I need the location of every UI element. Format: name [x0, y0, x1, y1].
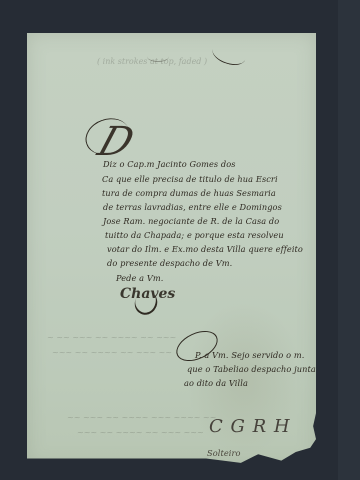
body-line-3: tura de compra dumas de huas Sesmaria	[102, 188, 276, 198]
monogram-signature: C G R H	[209, 416, 291, 437]
body-line-4: de terras lavradias, entre elle e Doming…	[103, 202, 282, 212]
bleed-through-text: ~~~ ~~ ~~~~ ~~ ~~~ ~~	[52, 348, 172, 357]
body-line-2: Ca que elle precisa de titulo de hua Esc…	[102, 174, 278, 184]
dispatch-line-2: que o Tabeliao despacho juntas	[187, 364, 320, 374]
bleed-through-text: ~ ~~ ~~~ ~~ ~~~~ ~~ ~~~	[47, 333, 176, 342]
body-line-6: tuitto da Chapada; e porque esta resolve…	[105, 230, 284, 240]
corner-mark: Nº	[298, 452, 307, 460]
body-line-8: do presente despacho de Vm.	[107, 258, 232, 268]
bleed-through-text: ~~~ ~~ ~~~~ ~~ ~~~ ~~~	[77, 428, 204, 437]
header-flourish	[210, 40, 248, 69]
body-line-5: Jose Ram. negociante de R. de la Casa do	[103, 216, 279, 226]
bleed-through-text: ~~ ~~~ ~~ ~~~~ ~~~ ~~~~ ~~	[67, 413, 216, 422]
header-flourish-faint	[147, 51, 169, 62]
body-line-1: Diz o Cap.m Jacinto Gomes dos	[103, 159, 236, 169]
background-strip	[338, 0, 360, 480]
manuscript-page: ( ink strokes at top, faded ) D Diz o Ca…	[27, 33, 316, 465]
footer-text: Solteiro	[207, 448, 241, 458]
dispatch-line-1: P. a Vm. Sejo servido o m.	[195, 350, 304, 360]
closing-line: Pede a Vm.	[116, 273, 163, 283]
dispatch-line-3: ao dito da Villa	[184, 378, 248, 388]
body-line-7: votar do Ilm. e Ex.mo desta Villa quere …	[107, 244, 303, 254]
